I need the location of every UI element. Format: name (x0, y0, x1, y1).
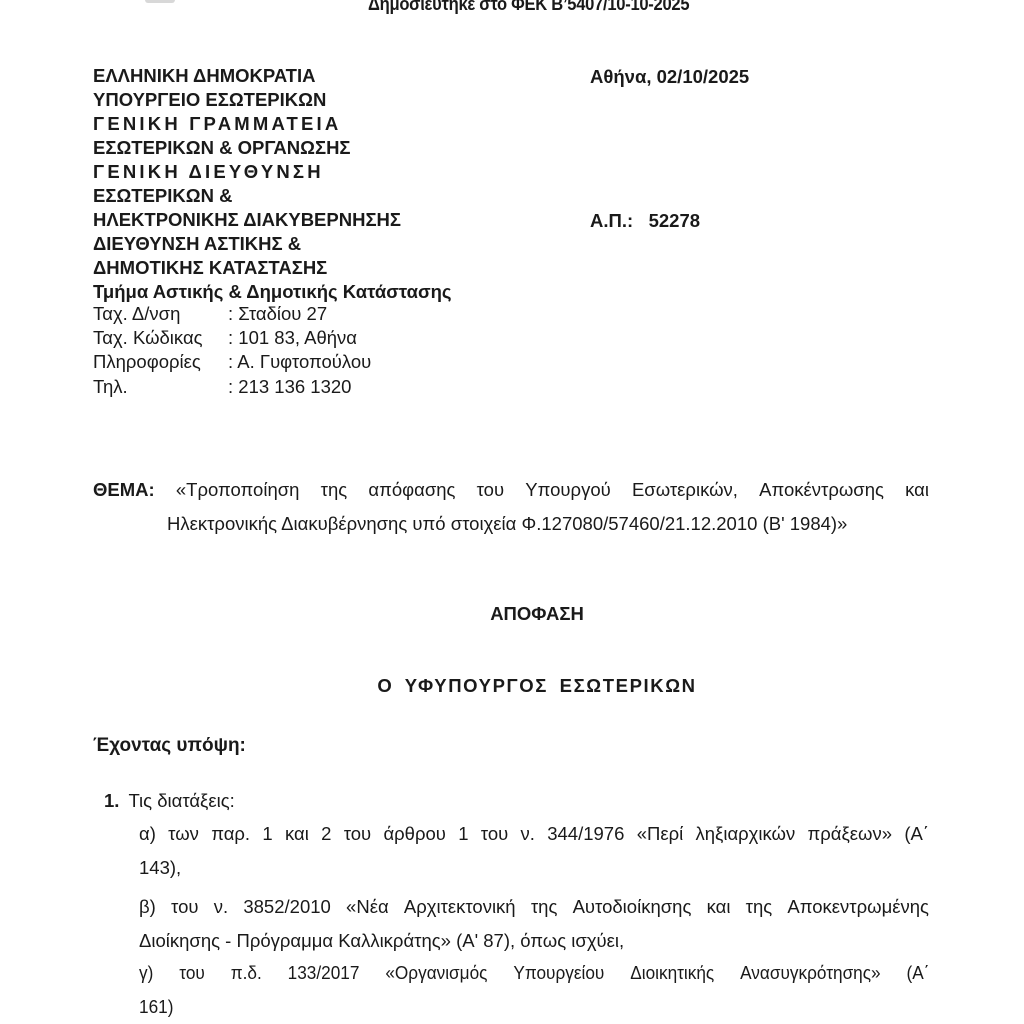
subitem-a: α)τωνπαρ.1και2τουάρθρου1τουν.344/1976«Πε… (139, 817, 929, 885)
contact-row-info: Πληροφορίες: Α. Γυφτοπούλου (93, 350, 371, 375)
word: της (321, 473, 348, 507)
contact-value: : 101 83, Αθήνα (228, 327, 357, 348)
subitem-c: γ)τουπ.δ.133/2017«ΟργανισμόςΥπουργείουΔι… (139, 956, 929, 1024)
word: και (905, 473, 929, 507)
word: π.δ. (231, 956, 262, 990)
contact-label: Ταχ. Δ/νση (93, 302, 228, 327)
list-item-number: 1. (104, 790, 119, 811)
word: της (531, 890, 558, 924)
subitem-line: Διοίκησης - Πρόγραμμα Καλλικράτης» (Α' 8… (139, 924, 929, 958)
word: Υπουργού (525, 473, 610, 507)
word: του (344, 817, 371, 851)
word: Αυτοδιοίκησης (573, 890, 692, 924)
contact-value: : 213 136 1320 (228, 376, 351, 397)
place-date: Αθήνα, 02/10/2025 (590, 66, 749, 88)
publication-note: Δημοσιεύτηκε στο ΦΕΚ Β’5407/10-10-2025 (368, 0, 689, 15)
header-line: ΗΛΕΚΤΡΟΝΙΚΗΣ ΔΙΑΚΥΒΕΡΝΗΣΗΣ (93, 208, 401, 232)
department-name: Τμήμα Αστικής & Δημοτικής Κατάστασης (93, 280, 452, 304)
word: (Α΄ (907, 956, 930, 990)
word: 133/2017 (288, 956, 360, 990)
word: Εσωτερικών, (632, 473, 738, 507)
subitem-line: 143), (139, 851, 929, 885)
header-line: ΕΛΛΗΝΙΚΗ ΔΗΜΟΚΡΑΤΙΑ (93, 64, 315, 88)
word: «Τροποποίηση (176, 473, 300, 507)
list-item-intro: Τις διατάξεις: (128, 790, 234, 811)
emblem-logo-fragment (145, 0, 175, 3)
word: Διοικητικής (630, 956, 714, 990)
word: «Νέα (346, 890, 389, 924)
word: β) (139, 890, 156, 924)
word: Αρχιτεκτονική (404, 890, 516, 924)
protocol-value: 52278 (649, 210, 700, 231)
decision-title: ΑΠΟΦΑΣΗ (25, 603, 1024, 625)
word: και (707, 890, 731, 924)
word: πράξεων» (808, 817, 893, 851)
subject-line: ΘΕΜΑ: «ΤροποποίησητηςαπόφασηςτουΥπουργού… (93, 473, 929, 507)
word: των (168, 817, 199, 851)
contact-label: Πληροφορίες (93, 350, 228, 375)
word: Ανασυγκρότησης» (740, 956, 880, 990)
word: 1 (458, 817, 468, 851)
subitem-line: α)τωνπαρ.1και2τουάρθρου1τουν.344/1976«Πε… (139, 817, 929, 851)
word: «Περί (637, 817, 684, 851)
header-line: ΔΗΜΟΤΙΚΗΣ ΚΑΤΑΣΤΑΣΗΣ (93, 256, 327, 280)
word: Αποκέντρωσης (759, 473, 884, 507)
protocol-number: Α.Π.: 52278 (590, 210, 700, 232)
word: 3852/2010 (243, 890, 330, 924)
contact-value: : Α. Γυφτοπούλου (228, 351, 371, 372)
word: και (285, 817, 309, 851)
contact-label: Ταχ. Κώδικας (93, 326, 228, 351)
word: του (477, 473, 504, 507)
word: ν. (214, 890, 228, 924)
word: απόφασης (368, 473, 455, 507)
subitem-line: γ)τουπ.δ.133/2017«ΟργανισμόςΥπουργείουΔι… (139, 956, 930, 990)
word: Υπουργείου (513, 956, 604, 990)
word: του (179, 956, 205, 990)
header-line: ΓΕΝΙΚΗ ΓΡΑΜΜΑΤΕΙΑ (93, 112, 341, 136)
word: ν. (521, 817, 535, 851)
contact-row-phone: Τηλ.: 213 136 1320 (93, 375, 351, 400)
contact-row-postcode: Ταχ. Κώδικας: 101 83, Αθήνα (93, 326, 357, 351)
protocol-label: Α.Π.: (590, 210, 633, 231)
word: γ) (139, 956, 153, 990)
word: α) (139, 817, 156, 851)
subitem-b: β)τουν.3852/2010«ΝέαΑρχιτεκτονικήτηςΑυτο… (139, 890, 929, 958)
contact-label: Τηλ. (93, 375, 228, 400)
word: (Α΄ (904, 817, 929, 851)
subject-label: ΘΕΜΑ: (93, 473, 155, 507)
word: του (481, 817, 508, 851)
header-line: ΥΠΟΥΡΓΕΙΟ ΕΣΩΤΕΡΙΚΩΝ (93, 88, 326, 112)
considering-heading: Έχοντας υπόψη: (93, 735, 246, 757)
authority-title: Ο ΥΦΥΠΟΥΡΓΟΣ ΕΣΩΤΕΡΙΚΩΝ (25, 675, 1024, 697)
word: «Οργανισμός (385, 956, 487, 990)
subject-line: Ηλεκτρονικής Διακυβέρνησης υπό στοιχεία … (93, 507, 929, 541)
header-line: ΕΣΩΤΕΡΙΚΩΝ & ΟΡΓΑΝΩΣΗΣ (93, 136, 351, 160)
contact-row-address: Ταχ. Δ/νση: Σταδίου 27 (93, 302, 327, 327)
list-item-1: 1.Τις διατάξεις: (104, 790, 235, 812)
word: της (746, 890, 773, 924)
word: παρ. (211, 817, 250, 851)
header-line: ΕΣΩΤΕΡΙΚΩΝ & (93, 184, 232, 208)
subitem-line: 161) (139, 990, 874, 1024)
subject-block: ΘΕΜΑ: «ΤροποποίησητηςαπόφασηςτουΥπουργού… (93, 473, 929, 541)
word: 1 (262, 817, 272, 851)
word: Αποκεντρωμένης (787, 890, 929, 924)
header-line: ΓΕΝΙΚΗ ΔΙΕΥΘΥΝΣΗ (93, 160, 324, 184)
word: 344/1976 (547, 817, 624, 851)
contact-value: : Σταδίου 27 (228, 303, 327, 324)
subitem-line: β)τουν.3852/2010«ΝέαΑρχιτεκτονικήτηςΑυτο… (139, 890, 929, 924)
header-line: ΔΙΕΥΘΥΝΣΗ ΑΣΤΙΚΗΣ & (93, 232, 301, 256)
word: του (171, 890, 198, 924)
word: άρθρου (383, 817, 445, 851)
word: ληξιαρχικών (696, 817, 796, 851)
word: 2 (321, 817, 331, 851)
